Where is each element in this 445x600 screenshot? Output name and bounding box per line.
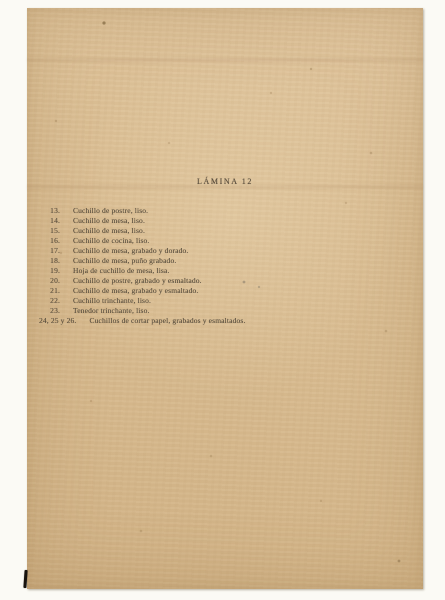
item-text: Cuchillo de postre, liso. — [73, 206, 148, 216]
item-number: 21. — [39, 286, 60, 296]
list-item: 22. Cuchillo trinchante, liso. — [39, 296, 246, 306]
item-text: Cuchillo trinchante, liso. — [73, 296, 151, 306]
item-text: Cuchillo de postre, grabado y esmaltado. — [73, 276, 202, 286]
list-item: 14. Cuchillo de mesa, liso. — [39, 216, 246, 226]
page-title: LÁMINA 12 — [27, 177, 423, 186]
list-item: 23. Tenedor trinchante, liso. — [39, 306, 246, 316]
item-text: Cuchillo de mesa, puño grabado. — [73, 256, 176, 266]
item-number: 24, 25 y 26. — [39, 316, 76, 326]
item-number: 13. — [39, 206, 60, 216]
scan-artifact-band — [27, 58, 423, 62]
item-number: 15. — [39, 226, 60, 236]
lamina-list: 13. Cuchillo de postre, liso. 14. Cuchil… — [39, 206, 246, 326]
item-number: 19. — [39, 266, 60, 276]
scan-background: { "page": { "title": "LÁMINA 12", "items… — [0, 0, 445, 600]
item-text: Cuchillo de mesa, grabado y dorado. — [73, 246, 188, 256]
item-number: 17. — [39, 246, 60, 256]
list-item: 15. Cuchillo de mesa, liso. — [39, 226, 246, 236]
item-number: 22. — [39, 296, 60, 306]
item-text: Cuchillos de cortar papel, grabados y es… — [89, 316, 245, 326]
foxing-specks — [0, 0, 2, 2]
item-number: 20. — [39, 276, 60, 286]
item-text: Cuchillo de mesa, grabado y esmaltado. — [73, 286, 198, 296]
book-page: LÁMINA 12 13. Cuchillo de postre, liso. … — [27, 8, 423, 589]
list-item: 18. Cuchillo de mesa, puño grabado. — [39, 256, 246, 266]
item-text: Tenedor trinchante, liso. — [73, 306, 150, 316]
item-number: 14. — [39, 216, 60, 226]
item-number: 23. — [39, 306, 60, 316]
list-item: 20. Cuchillo de postre, grabado y esmalt… — [39, 276, 246, 286]
list-item: 21. Cuchillo de mesa, grabado y esmaltad… — [39, 286, 246, 296]
list-item: 16. Cuchillo de cocina, liso. — [39, 236, 246, 246]
list-item: 19. Hoja de cuchillo de mesa, lisa. — [39, 266, 246, 276]
item-text: Cuchillo de mesa, liso. — [73, 216, 145, 226]
list-item: 17. Cuchillo de mesa, grabado y dorado. — [39, 246, 246, 256]
item-number: 16. — [39, 236, 60, 246]
list-item: 24, 25 y 26. Cuchillos de cortar papel, … — [39, 316, 246, 326]
item-text: Cuchillo de mesa, liso. — [73, 226, 145, 236]
item-text: Hoja de cuchillo de mesa, lisa. — [73, 266, 170, 276]
list-item: 13. Cuchillo de postre, liso. — [39, 206, 246, 216]
item-text: Cuchillo de cocina, liso. — [73, 236, 149, 246]
item-number: 18. — [39, 256, 60, 266]
